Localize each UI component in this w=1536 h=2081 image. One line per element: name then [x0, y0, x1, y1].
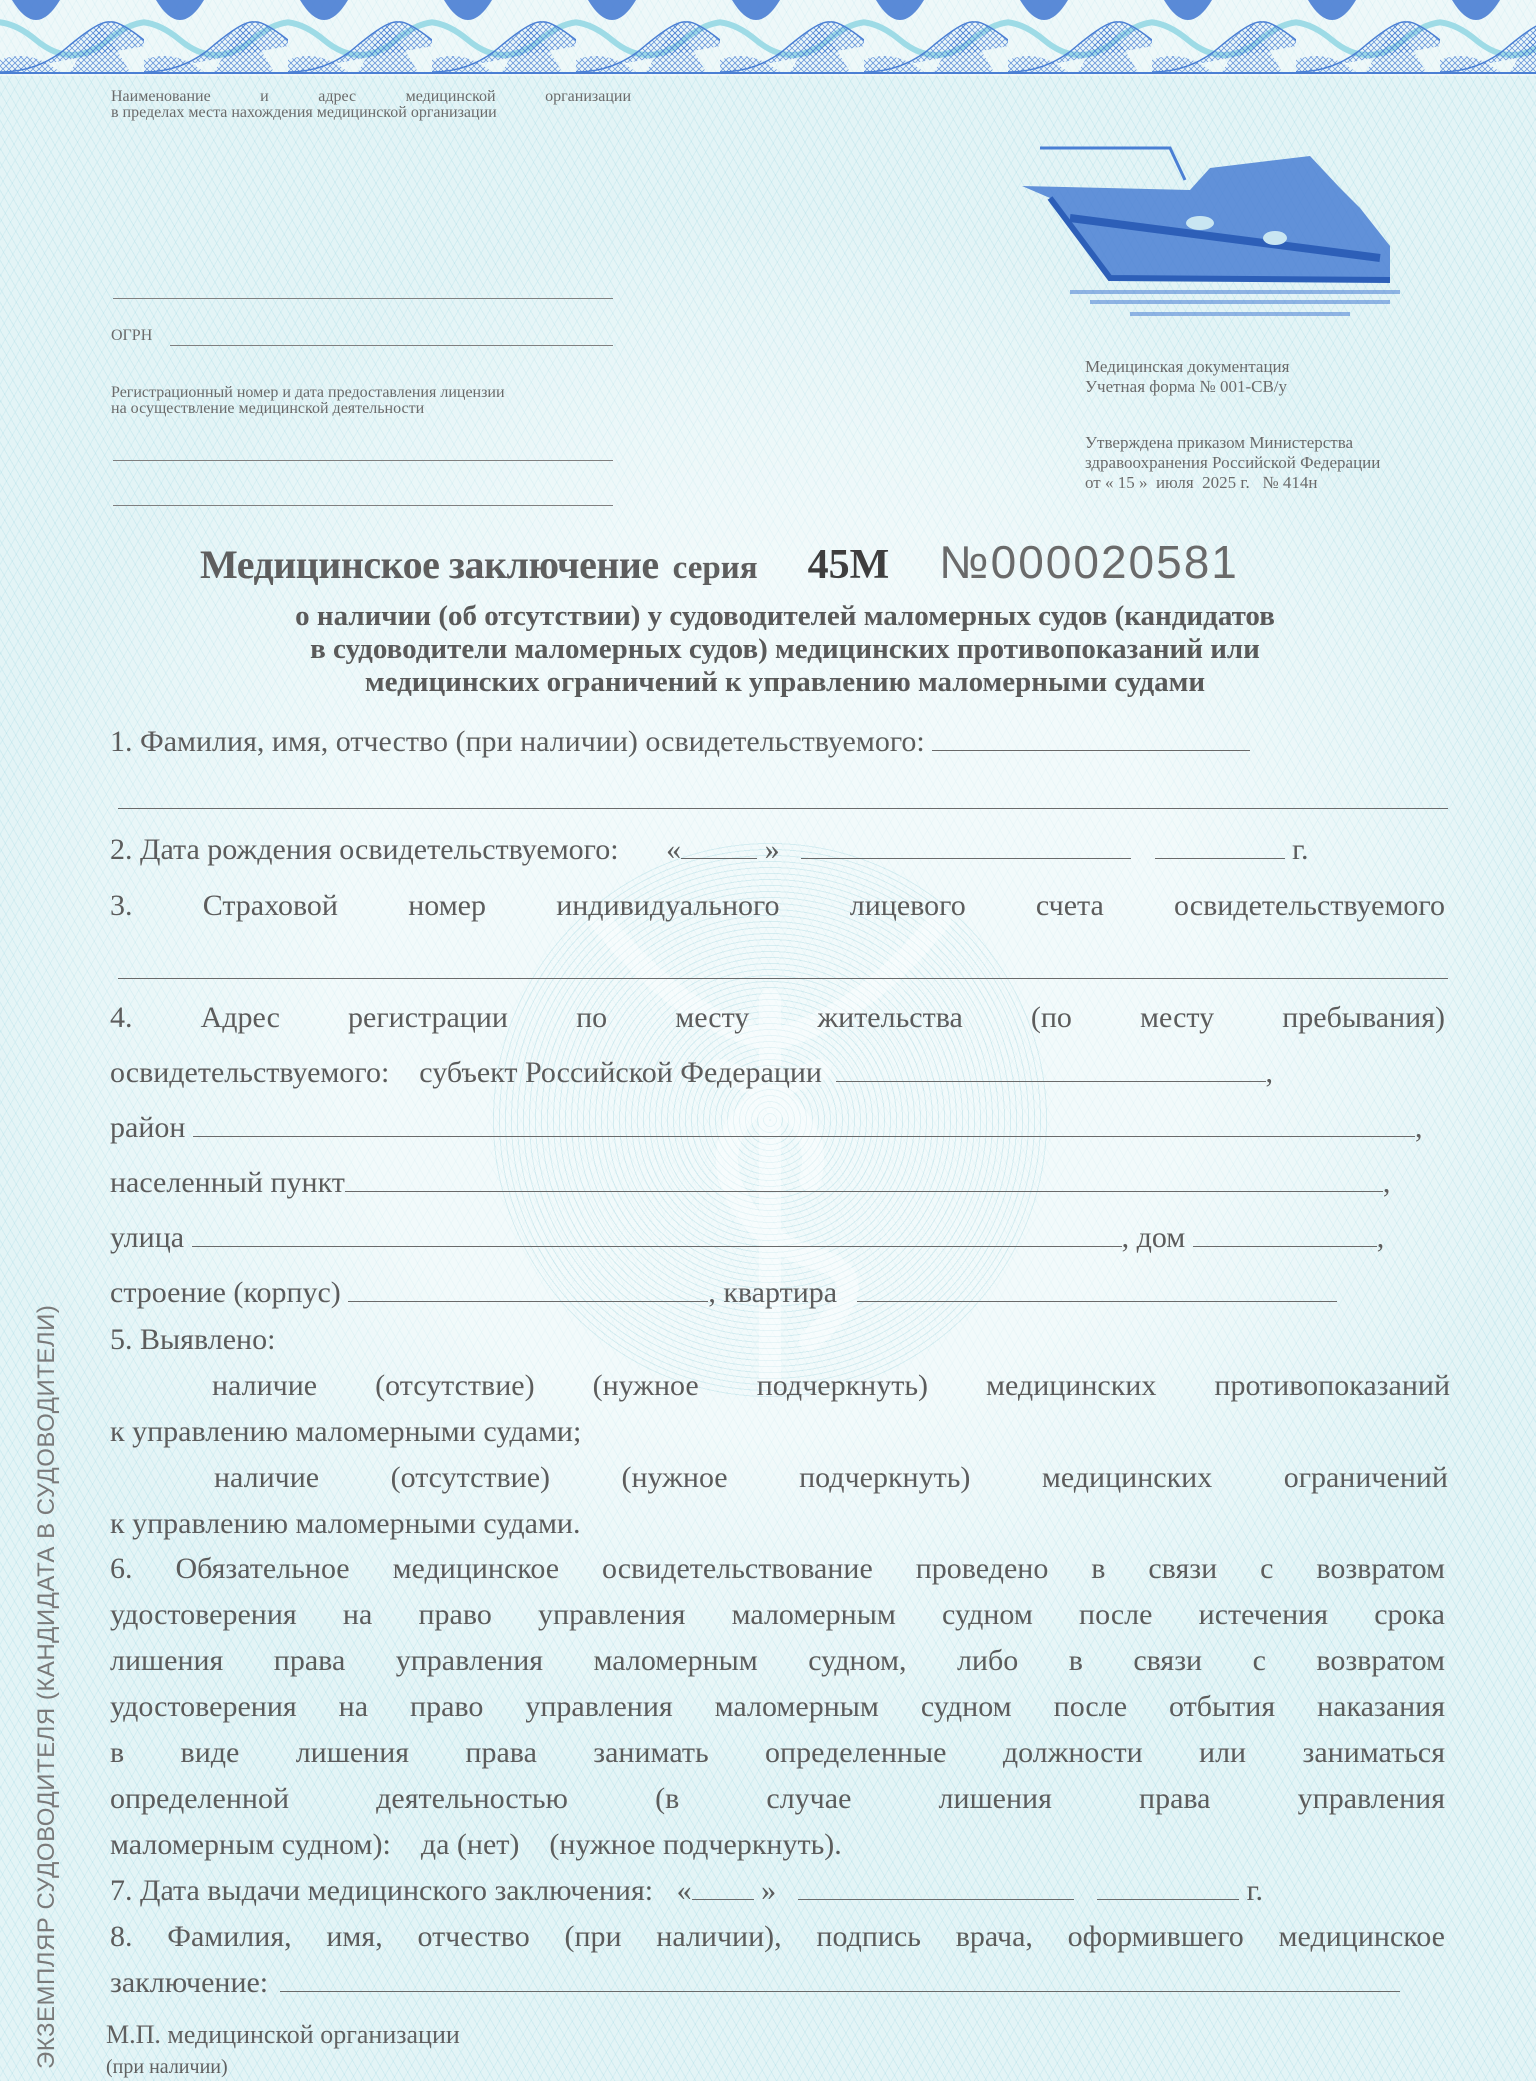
number-sign: № — [939, 536, 990, 588]
building-label: строение (корпус) — [110, 1276, 341, 1309]
form-number-label: Учетная форма № 001-СВ/у — [1085, 377, 1287, 396]
open-quote: « — [666, 833, 681, 866]
field-6-line6: определенной деятельностью (в случае лиш… — [110, 1781, 1445, 1817]
field-4-locality-row: населенный пункт, — [110, 1165, 1450, 1201]
stamp-label: М.П. медицинской организации — [106, 2020, 460, 2050]
copy-owner-side-label: ЭКЗЕМПЛЯР СУДОВОДИТЕЛЯ (КАНДИДАТА В СУДО… — [33, 1209, 61, 2069]
series-value: 45М — [808, 542, 890, 588]
field-4-building-row: строение (корпус) , квартира — [110, 1275, 1450, 1311]
field-6-line5: в виде лишения права занимать определенн… — [110, 1735, 1445, 1771]
doctor-signature-field[interactable] — [280, 1967, 1400, 1992]
locality-field[interactable] — [345, 1167, 1383, 1192]
contraindications-text-cont: к управлению маломерными судами; — [110, 1414, 1450, 1450]
title-main: Медицинское заключение — [200, 542, 659, 587]
field-2-label: 2. Дата рождения освидетельствуемого: — [110, 833, 619, 866]
ogrn-label: ОГРН — [111, 327, 152, 344]
house-field[interactable] — [1193, 1222, 1377, 1247]
field-1-row: 1. Фамилия, имя, отчество (при наличии) … — [110, 724, 1450, 760]
street-field[interactable] — [192, 1222, 1122, 1247]
approval-line1: Утверждена приказом Министерства — [1085, 433, 1353, 452]
full-name-field-line2[interactable] — [118, 808, 1448, 809]
issue-day-field[interactable] — [692, 1875, 754, 1900]
year-suffix: г. — [1292, 833, 1308, 866]
birth-month-field[interactable] — [801, 834, 1131, 859]
field-6-line3: лишения права управления маломерным судн… — [110, 1643, 1445, 1679]
field-8-label2: заключение: — [110, 1966, 268, 1999]
apartment-field[interactable] — [857, 1277, 1337, 1302]
field-6-line2: удостоверения на право управления маломе… — [110, 1597, 1445, 1633]
close-quote: » — [761, 1874, 776, 1907]
snils-field[interactable] — [118, 978, 1448, 979]
close-quote: » — [765, 833, 780, 866]
number-value: 000020581 — [991, 536, 1239, 588]
field-8-row: заключение: — [110, 1965, 1450, 2001]
field-4-subject-row: освидетельствуемого: субъект Российской … — [110, 1055, 1450, 1091]
birth-day-field[interactable] — [681, 834, 757, 859]
building-field[interactable] — [348, 1277, 708, 1302]
restrictions-text[interactable]: наличие (отсутствие) (нужное подчеркнуть… — [214, 1460, 1448, 1496]
field-8-label: 8. Фамилия, имя, отчество (при наличии),… — [110, 1919, 1445, 1955]
field-2-row: 2. Дата рождения освидетельствуемого: « … — [110, 832, 1450, 868]
subtitle-line1: о наличии (об отсутствии) у судоводителе… — [150, 600, 1420, 633]
document-number: №000020581 — [939, 536, 1239, 588]
license-label-line2: на осуществление медицинской деятельност… — [111, 400, 424, 417]
license-field-line2[interactable] — [113, 505, 613, 506]
district-field[interactable] — [193, 1112, 1415, 1137]
full-name-field[interactable] — [932, 726, 1250, 751]
field-7-label: 7. Дата выдачи медицинского заключения: — [110, 1874, 653, 1907]
org-name-field[interactable] — [113, 298, 613, 299]
house-label: , дом — [1122, 1221, 1186, 1254]
field-1-label: 1. Фамилия, имя, отчество (при наличии) … — [110, 725, 925, 758]
field-6-line1: 6. Обязательное медицинское освидетельст… — [110, 1551, 1445, 1587]
year-suffix: г. — [1247, 1874, 1263, 1907]
subtitle-line3: медицинских ограничений к управлению мал… — [150, 666, 1420, 699]
boat-illustration-icon — [1010, 128, 1430, 328]
field-4-district-row: район , — [110, 1110, 1450, 1146]
stamp-note: (при наличии) — [106, 2056, 228, 2079]
street-label: улица — [110, 1221, 184, 1254]
contraindications-text[interactable]: наличие (отсутствие) (нужное подчеркнуть… — [212, 1368, 1450, 1404]
document-subtitle: о наличии (об отсутствии) у судоводителе… — [150, 600, 1420, 699]
comma: , — [1266, 1056, 1274, 1089]
field-6-yes-no[interactable]: маломерным судном): да (нет) (нужное под… — [110, 1827, 1450, 1863]
district-label: район — [110, 1111, 185, 1144]
comma: , — [1377, 1221, 1385, 1254]
field-4-street-row: улица , дом , — [110, 1220, 1450, 1256]
ogrn-field[interactable] — [170, 345, 613, 346]
doc-type-label: Медицинская документация — [1085, 357, 1289, 376]
comma: , — [1383, 1166, 1391, 1199]
apartment-label: , квартира — [708, 1276, 837, 1309]
approval-line3: от « 15 » июля 2025 г. № 414н — [1085, 473, 1318, 492]
field-5-label: 5. Выявлено: — [110, 1322, 1450, 1358]
field-4-label: 4. Адрес регистрации по месту жительства… — [110, 1000, 1445, 1036]
issue-year-field[interactable] — [1097, 1875, 1239, 1900]
locality-label: населенный пункт — [110, 1166, 345, 1199]
approval-line2: здравоохранения Российской Федерации — [1085, 453, 1380, 472]
license-label-line1: Регистрационный номер и дата предоставле… — [111, 384, 505, 401]
subject-field[interactable] — [836, 1057, 1266, 1082]
decorative-top-border — [0, 0, 1536, 80]
series-label: серия — [673, 550, 758, 586]
org-name-label-line2: в пределах места нахождения медицинской … — [111, 104, 631, 121]
field-7-row: 7. Дата выдачи медицинского заключения: … — [110, 1873, 1450, 1909]
comma: , — [1415, 1111, 1423, 1144]
license-field-line1[interactable] — [113, 460, 613, 461]
birth-year-field[interactable] — [1155, 834, 1285, 859]
document-title: Медицинское заключение серия 45М №000020… — [200, 535, 1400, 589]
field-6-line4: удостоверения на право управления маломе… — [110, 1689, 1445, 1725]
issue-month-field[interactable] — [798, 1875, 1074, 1900]
field-3-label: 3. Страховой номер индивидуального лицев… — [110, 888, 1445, 924]
restrictions-text-cont: к управлению маломерными судами. — [110, 1506, 1450, 1542]
subject-label: освидетельствуемого: субъект Российской … — [110, 1056, 822, 1089]
org-name-label-line1: Наименование и адрес медицинской организ… — [111, 88, 631, 105]
open-quote: « — [677, 1874, 692, 1907]
subtitle-line2: в судоводители маломерных судов) медицин… — [150, 633, 1420, 666]
